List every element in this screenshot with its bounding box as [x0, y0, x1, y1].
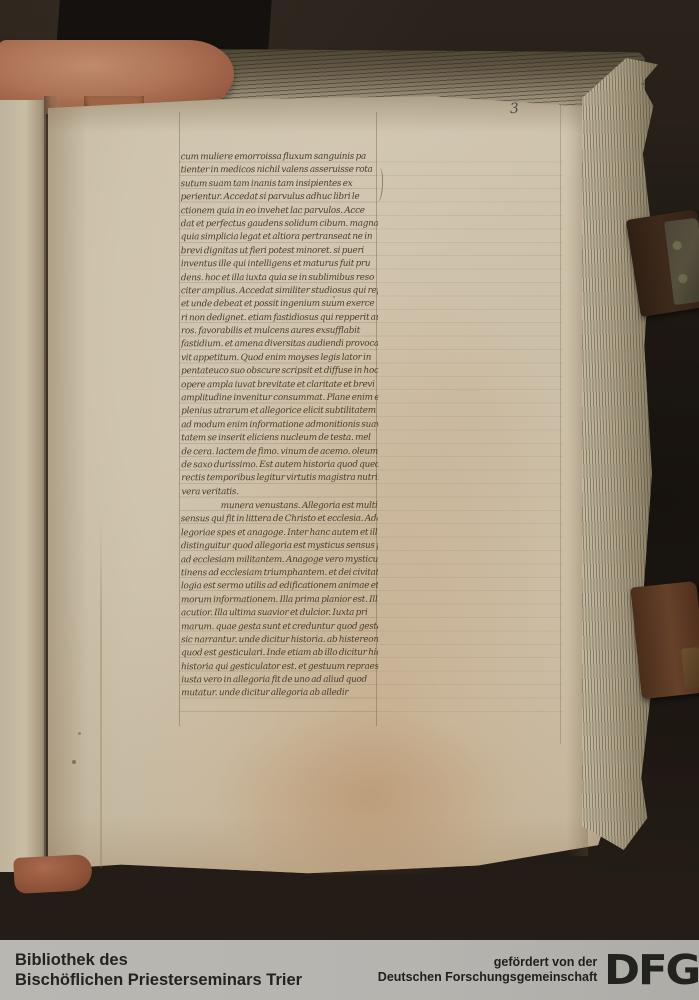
- manuscript-text-line: dens. hoc et illa iuxta quia se in subli…: [181, 271, 378, 285]
- manuscript-text-line: sensus qui fit in littera de Christo et …: [181, 513, 378, 527]
- library-name-line1: Bibliothek des: [15, 950, 302, 970]
- manuscript-text-line: sutum suam tam inanis tam insipientes ex: [181, 178, 378, 192]
- manuscript-text-line: cum muliere emorroissa fluxum sanguinis …: [181, 151, 378, 165]
- manuscript-text-line: rectis temporibus legitur virtutis magis…: [181, 472, 378, 486]
- manuscript-text-line: dat et perfectus gaudens solidum cibum. …: [181, 218, 378, 232]
- manuscript-text-line: ad modum enim informatione admonitionis …: [181, 419, 378, 433]
- folio-number: 3: [509, 101, 519, 118]
- clasp-metal-fitting: [664, 218, 699, 306]
- ink-speck: [72, 760, 76, 764]
- funding-credit-line2: Deutschen Forschungsgemeinschaft: [378, 970, 598, 986]
- library-name: Bibliothek des Bischöflichen Priestersem…: [15, 950, 302, 990]
- dfg-logo: DFG: [604, 950, 699, 991]
- spine-tailcap-leather: [13, 854, 93, 894]
- funding-credit: gefördert von der Deutschen Forschungsge…: [378, 955, 598, 986]
- library-name-line2: Bischöflichen Priesterseminars Trier: [15, 970, 302, 990]
- manuscript-text-line: opere ampla iuvat brevitate et claritate…: [181, 378, 378, 392]
- manuscript-text-line: ad ecclesiam militantem. Anagoge vero my…: [181, 553, 378, 567]
- manuscript-text-line: ctionem quia in eo invehet lac parvulos.…: [181, 204, 378, 218]
- manuscript-text-line: iusta vero in allegoria fit de uno ad al…: [181, 674, 378, 688]
- manuscript-text-line: fastidium. et amena diversitas audiendi …: [181, 338, 378, 352]
- manuscript-text-line: brevi dignitas ut fieri potest minoret. …: [181, 244, 378, 258]
- manuscript-text-line: marum. quae gesta sunt et creduntur quod…: [181, 620, 378, 634]
- manuscript-text-line: distinguitur quod allegoria est mysticus…: [181, 540, 378, 554]
- manuscript-text-line: tienter in medicos nichil valens asserui…: [181, 164, 378, 178]
- parchment-stain: [200, 700, 530, 875]
- digitized-manuscript-photo: 3 cum muliere emorroissa fluxum sanguini…: [0, 0, 699, 1000]
- manuscript-text-line: de saxo durissimo. Est autem historia qu…: [181, 459, 378, 473]
- clasp-leather-tip: [681, 647, 699, 689]
- manuscript-text-paragraph-2: munera venustans. Allegoria est multiple…: [181, 500, 379, 701]
- manuscript-text-line: vit appetitum. Quod enim moyses legis la…: [181, 352, 378, 366]
- manuscript-text-line: pentateuco suo obscure scripsit et diffu…: [181, 365, 378, 379]
- manuscript-text-line: plenius utrarum et allegorice elicit sub…: [181, 405, 378, 419]
- manuscript-text-line: morum informationem. Illa prima planior …: [181, 593, 378, 607]
- manuscript-text-line: tatem se inserit eliciens nucleum de tes…: [181, 432, 378, 446]
- manuscript-text-line: vera veritatis.: [181, 486, 378, 500]
- ruling-vertical-margin: [560, 104, 561, 744]
- manuscript-text-line: quod est gesticulari. Inde etiam ab illo…: [181, 647, 378, 661]
- facing-page-edge: [0, 100, 46, 872]
- manuscript-text-line: et unde debeat et possit ingenium suum e…: [181, 298, 378, 312]
- funding-credit-line1: gefördert von der: [378, 955, 598, 971]
- manuscript-text-line: acutior. Illa ultima suavior et dulcior.…: [181, 607, 378, 621]
- book-clasp-lower: [630, 581, 699, 699]
- manuscript-text-line: ri non dedignet. etiam fastidiosus qui r…: [181, 311, 378, 325]
- manuscript-text-line: logia est sermo utilis ad edificationem …: [181, 580, 378, 594]
- manuscript-text-line: amplitudine invenitur consummat. Plane e…: [181, 392, 378, 406]
- manuscript-text-line: munera venustans. Allegoria est multiple…: [181, 500, 378, 514]
- manuscript-text-line: ros. favorabilis et mulcens aures exsuff…: [181, 325, 378, 339]
- manuscript-text-line: quia simplicia legat et altiora pertrans…: [181, 231, 378, 245]
- manuscript-text-line: legoriae spes et anagoge. Inter hanc aut…: [181, 527, 378, 541]
- manuscript-text-line: citer amplius. Accedat similiter studios…: [181, 285, 378, 299]
- footer-bar: Bibliothek des Bischöflichen Priestersem…: [0, 940, 699, 1000]
- ruling-lines-margin: [377, 149, 563, 716]
- manuscript-text-line: mutatur. unde dicitur allegoria ab alled…: [181, 687, 378, 701]
- manuscript-text-line: sic narrantur. unde dicitur historia. ab…: [181, 634, 378, 648]
- manuscript-text-paragraph-1: cum muliere emorroissa fluxum sanguinis …: [181, 151, 379, 500]
- manuscript-text-line: de cera. lactem de fimo. vinum de acemo.…: [181, 445, 378, 459]
- manuscript-text-line: tinens ad ecclesiam triumphantem. et dei…: [181, 567, 378, 581]
- ink-speck: [78, 732, 81, 735]
- manuscript-text-line: perientur. Accedat si parvulus adhuc lib…: [181, 191, 378, 205]
- parchment-crease: [100, 520, 102, 868]
- manuscript-text-line: historia qui gesticulator est. et gestuu…: [181, 660, 378, 674]
- manuscript-text-line: inventus ille qui intelligens et maturus…: [181, 258, 378, 272]
